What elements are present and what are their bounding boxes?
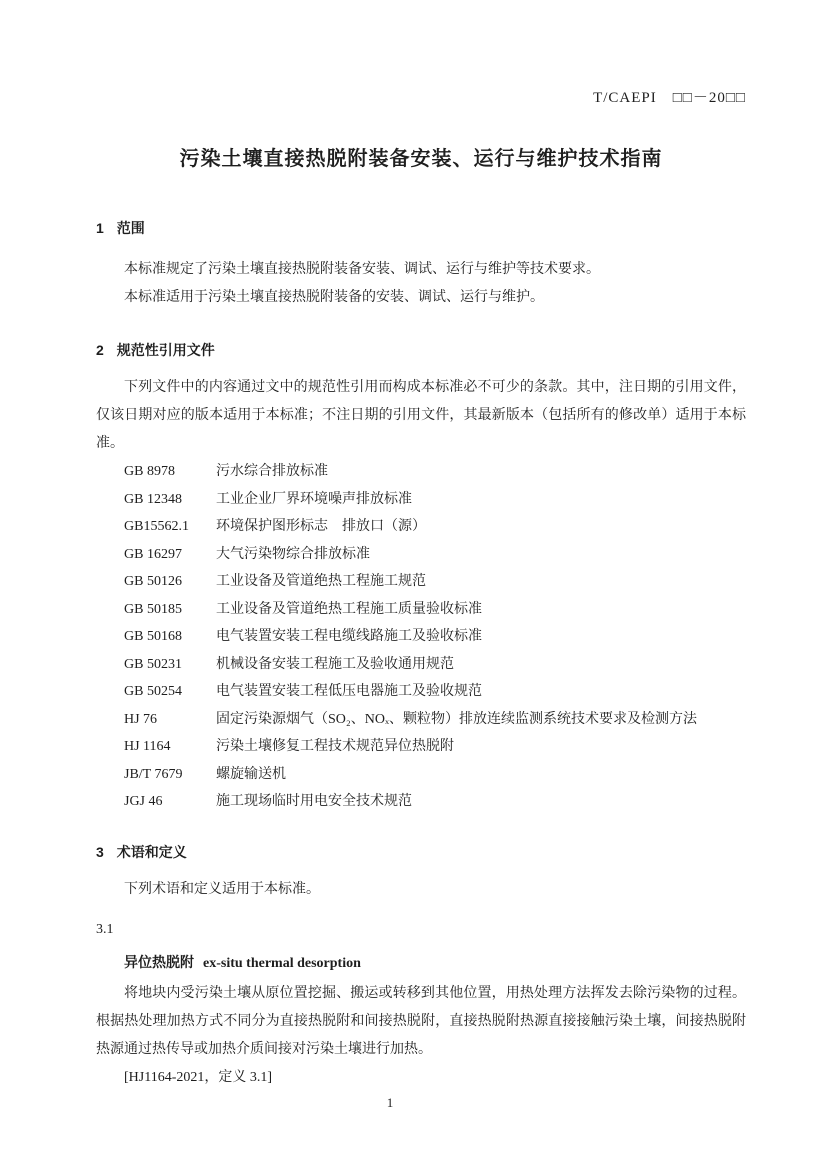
reference-title: 环境保护图形标志 排放口（源）	[216, 513, 746, 541]
reference-code: JB/T 7679	[124, 761, 216, 789]
section-1-number: 1	[96, 220, 104, 236]
reference-row: JB/T 7679螺旋输送机	[96, 761, 746, 789]
term-chinese: 异位热脱附	[124, 954, 194, 970]
reference-row: HJ 1164污染土壤修复工程技术规范异位热脱附	[96, 733, 746, 761]
section-1-body: 本标准规定了污染土壤直接热脱附装备安装、调试、运行与维护等技术要求。 本标准适用…	[96, 256, 746, 312]
reference-code: HJ 1164	[124, 733, 216, 761]
reference-title: 固定污染源烟气（SO₂、NOₓ、颗粒物）排放连续监测系统技术要求及检测方法	[216, 706, 746, 734]
section-1-title: 范围	[117, 220, 145, 236]
reference-code: GB15562.1	[124, 513, 216, 541]
reference-list: GB 8978污水综合排放标准 GB 12348工业企业厂界环境噪声排放标准 G…	[96, 458, 746, 816]
reference-code: GB 50126	[124, 568, 216, 596]
reference-code: GB 50185	[124, 596, 216, 624]
reference-title: 工业设备及管道绝热工程施工规范	[216, 568, 746, 596]
reference-row: GB 12348工业企业厂界环境噪声排放标准	[96, 486, 746, 514]
clause-number: 3.1	[96, 920, 746, 940]
reference-code: GB 12348	[124, 486, 216, 514]
reference-row: HJ 76固定污染源烟气（SO₂、NOₓ、颗粒物）排放连续监测系统技术要求及检测…	[96, 706, 746, 734]
term-line: 异位热脱附ex-situ thermal desorption	[96, 952, 746, 974]
paragraph: 本标准适用于污染土壤直接热脱附装备的安装、调试、运行与维护。	[96, 284, 746, 312]
section-2-intro: 下列文件中的内容通过文中的规范性引用而构成本标准必不可少的条款。其中，注日期的引…	[96, 374, 746, 458]
page-content: T/CAEPI □□－20□□ 污染土壤直接热脱附装备安装、运行与维护技术指南 …	[96, 88, 746, 1092]
reference-title: 工业企业厂界环境噪声排放标准	[216, 486, 746, 514]
reference-row: GB 50185工业设备及管道绝热工程施工质量验收标准	[96, 596, 746, 624]
section-3-number: 3	[96, 844, 104, 860]
section-2-number: 2	[96, 342, 104, 358]
section-3-title: 术语和定义	[117, 844, 187, 860]
document-page: T/CAEPI □□－20□□ 污染土壤直接热脱附装备安装、运行与维护技术指南 …	[0, 0, 826, 1169]
reference-code: HJ 76	[124, 706, 216, 734]
reference-title: 施工现场临时用电安全技术规范	[216, 788, 746, 816]
reference-row: JGJ 46施工现场临时用电安全技术规范	[96, 788, 746, 816]
section-2-heading: 2规范性引用文件	[96, 340, 746, 360]
reference-title: 电气装置安装工程低压电器施工及验收规范	[216, 678, 746, 706]
paragraph: 本标准规定了污染土壤直接热脱附装备安装、调试、运行与维护等技术要求。	[96, 256, 746, 284]
reference-row: GB 50168电气装置安装工程电缆线路施工及验收标准	[96, 623, 746, 651]
reference-row: GB 50231机械设备安装工程施工及验收通用规范	[96, 651, 746, 679]
section-2-title: 规范性引用文件	[117, 342, 215, 358]
term-definition: 将地块内受污染土壤从原位置挖掘、搬运或转移到其他位置，用热处理方法挥发去除污染物…	[96, 980, 746, 1064]
reference-row: GB 16297大气污染物综合排放标准	[96, 541, 746, 569]
reference-row: GB 8978污水综合排放标准	[96, 458, 746, 486]
reference-row: GB 50254电气装置安装工程低压电器施工及验收规范	[96, 678, 746, 706]
section-3-intro: 下列术语和定义适用于本标准。	[96, 876, 746, 904]
definition-source: [HJ1164-2021，定义 3.1]	[96, 1064, 746, 1092]
term-english: ex-situ thermal desorption	[203, 956, 361, 971]
section-3-heading: 3术语和定义	[96, 842, 746, 862]
reference-code: GB 50254	[124, 678, 216, 706]
reference-title: 工业设备及管道绝热工程施工质量验收标准	[216, 596, 746, 624]
page-number: 1	[0, 1095, 780, 1111]
reference-title: 污染土壤修复工程技术规范异位热脱附	[216, 733, 746, 761]
reference-code: GB 8978	[124, 458, 216, 486]
section-1-heading: 1范围	[96, 218, 746, 238]
page-title: 污染土壤直接热脱附装备安装、运行与维护技术指南	[96, 144, 746, 174]
header-doc-code: T/CAEPI □□－20□□	[96, 88, 746, 108]
reference-code: GB 16297	[124, 541, 216, 569]
reference-code: JGJ 46	[124, 788, 216, 816]
reference-code: GB 50231	[124, 651, 216, 679]
reference-title: 电气装置安装工程电缆线路施工及验收标准	[216, 623, 746, 651]
reference-title: 大气污染物综合排放标准	[216, 541, 746, 569]
reference-code: GB 50168	[124, 623, 216, 651]
reference-title: 机械设备安装工程施工及验收通用规范	[216, 651, 746, 679]
reference-title: 污水综合排放标准	[216, 458, 746, 486]
reference-row: GB15562.1环境保护图形标志 排放口（源）	[96, 513, 746, 541]
reference-row: GB 50126工业设备及管道绝热工程施工规范	[96, 568, 746, 596]
reference-title: 螺旋输送机	[216, 761, 746, 789]
